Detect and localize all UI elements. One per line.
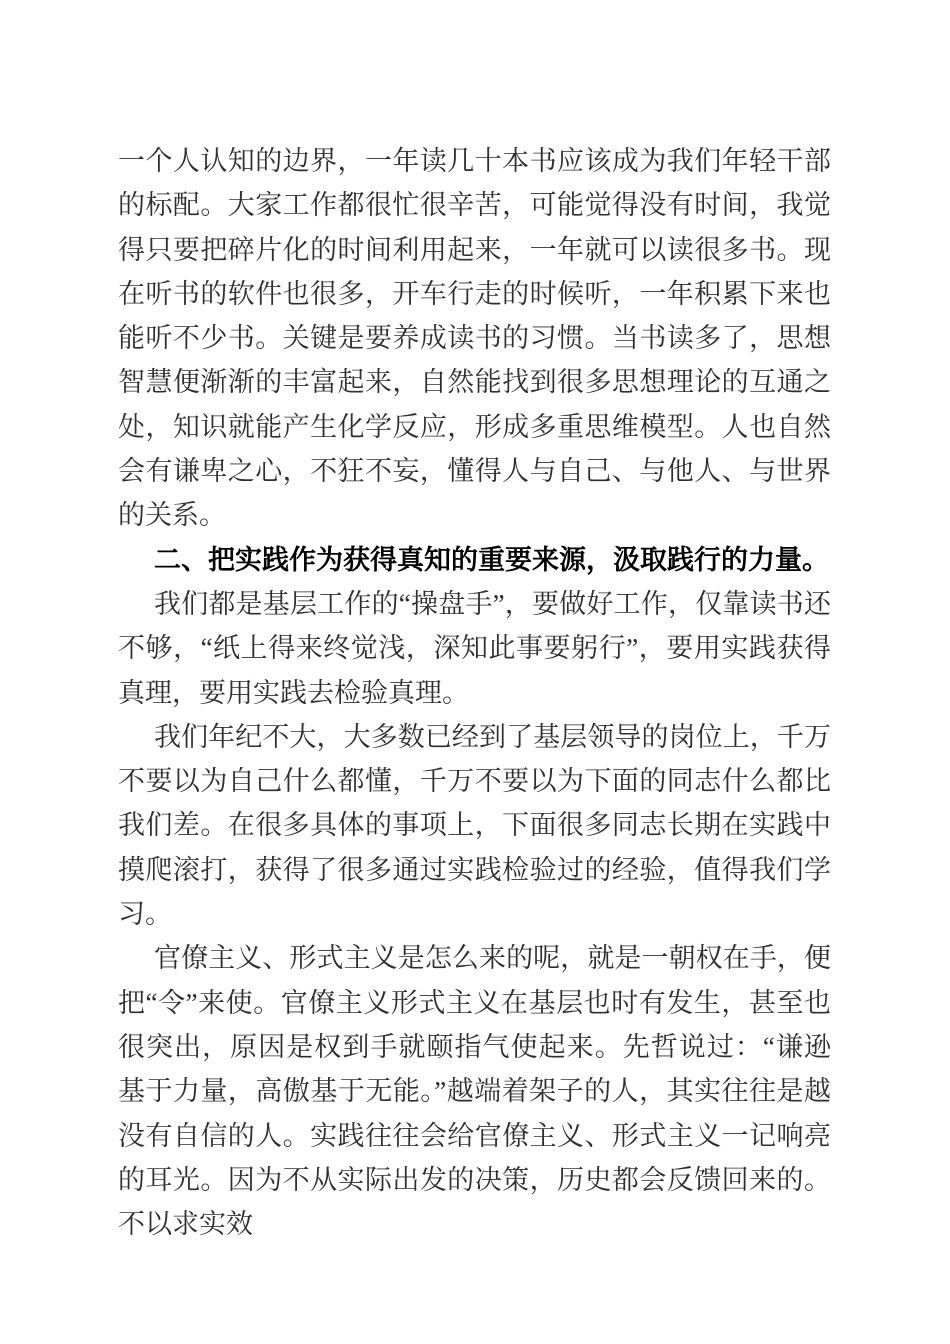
section-heading: 二、把实践作为获得真知的重要来源，汲取践行的力量。 (118, 538, 831, 582)
paragraph: 官僚主义、形式主义是怎么来的呢，就是一朝权在手，便把“令”来使。官僚主义形式主义… (118, 936, 831, 1246)
paragraph: 我们年纪不大，大多数已经到了基层领导的岗位上，千万不要以为自己什么都懂，千万不要… (118, 715, 831, 936)
paragraph-continuation: 一个人认知的边界，一年读几十本书应该成为我们年轻干部的标配。大家工作都很忙很辛苦… (118, 139, 831, 538)
paragraph: 我们都是基层工作的“操盘手”，要做好工作，仅靠读书还不够，“纸上得来终觉浅，深知… (118, 582, 831, 715)
document-content: 一个人认知的边界，一年读几十本书应该成为我们年轻干部的标配。大家工作都很忙很辛苦… (118, 139, 831, 1246)
document-page: 一个人认知的边界，一年读几十本书应该成为我们年轻干部的标配。大家工作都很忙很辛苦… (0, 0, 950, 1344)
